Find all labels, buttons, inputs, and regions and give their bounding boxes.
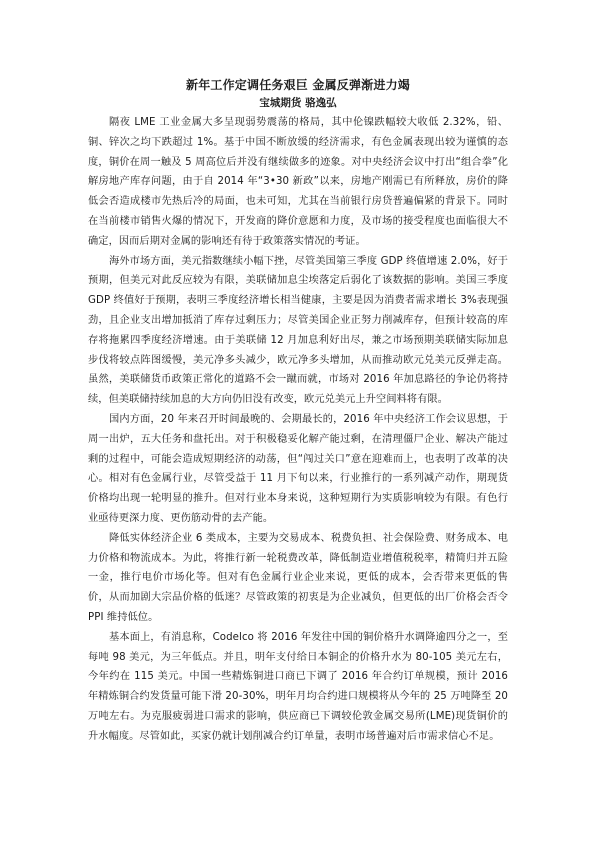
- paragraph-cost-reduction: 降低实体经济企业 6 类成本，主要为交易成本、税费负担、社会保险费、财务成本、电…: [88, 529, 508, 628]
- article-author: 宝城期货 骆逸弘: [88, 94, 508, 112]
- document-page: 新年工作定调任务艰巨 金属反弹渐进力竭 宝城期货 骆逸弘 隔夜 LME 工业金属…: [88, 76, 508, 747]
- article-title: 新年工作定调任务艰巨 金属反弹渐进力竭: [88, 76, 508, 94]
- paragraph-lme-overview: 隔夜 LME 工业金属大多呈现弱势震荡的格局，其中伦镍跌幅较大收低 2.32%，…: [88, 113, 508, 252]
- paragraph-domestic: 国内方面，20 年来召开时间最晚的、会期最长的，2016 年中央经济工作会议思想…: [88, 410, 508, 529]
- paragraph-overseas-market: 海外市场方面，美元指数继续小幅下挫，尽管美国第三季度 GDP 终值增速 2.0%…: [88, 252, 508, 410]
- paragraph-fundamentals: 基本面上，有消息称，Codelco 将 2016 年发往中国的铜价格升水调降逾四…: [88, 628, 508, 747]
